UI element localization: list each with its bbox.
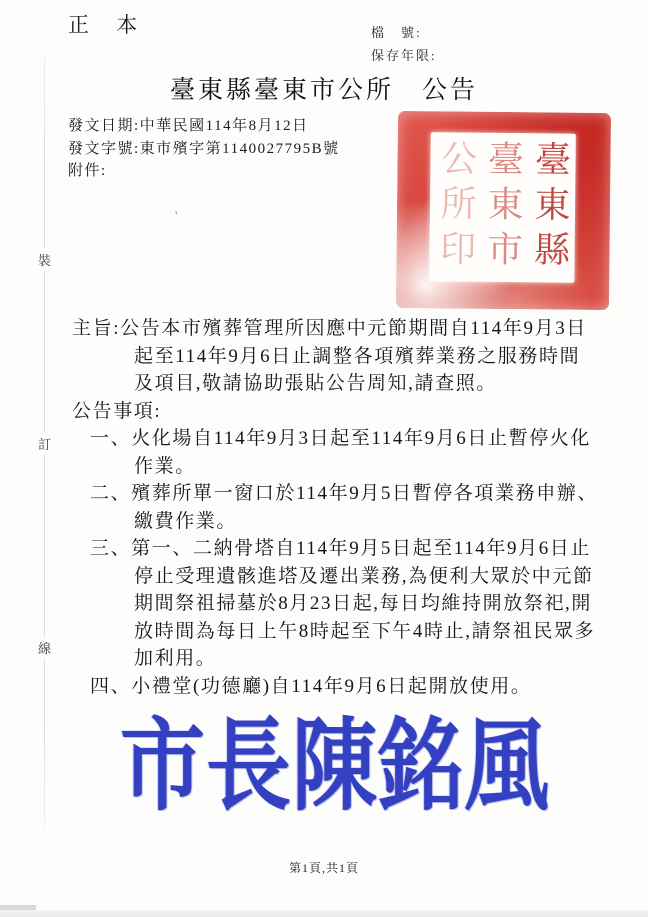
item-1-number: 一、 — [90, 428, 131, 449]
official-red-seal: 臺東縣 臺東市 公所印 — [396, 111, 611, 310]
issue-date-label: 發文日期: — [68, 118, 140, 134]
subject-label: 主旨: — [72, 318, 120, 339]
file-header-block: 檔 號: 保存年限: — [371, 21, 437, 67]
item-2-text: 殯葬所單一窗口於114年9月5日暫停各項業務申辦、繳費作業。 — [131, 483, 598, 532]
binding-mark-ding: 訂 — [37, 432, 52, 455]
item-3-text: 第一、二納骨塔自114年9月5日起至114年9月6日止停止受理遺骸進塔及遷出業務… — [131, 538, 595, 669]
page-number-footer: 第1頁,共1頁 — [0, 859, 648, 876]
seal-column-middle: 臺東市 — [478, 134, 527, 281]
subject-paragraph: 主旨:公告本市殯葬管理所因應中元節期間自114年9月3日起至114年9月6日止調… — [72, 315, 598, 398]
scan-speck-artifact: ' — [175, 208, 177, 224]
scan-edge-shadow — [0, 910, 648, 917]
announcement-body: 主旨:公告本市殯葬管理所因應中元節期間自114年9月3日起至114年9月6日止調… — [72, 315, 598, 700]
items-heading: 公告事項: — [72, 398, 598, 426]
subject-text: 公告本市殯葬管理所因應中元節期間自114年9月3日起至114年9月6日止調整各項… — [120, 318, 587, 394]
seal-script-text: 臺東縣 臺東市 公所印 — [431, 133, 574, 281]
scanned-announcement-page: 正 本 檔 號: 保存年限: 臺東縣臺東市公所 公告 發文日期:中華民國114年… — [0, 0, 648, 917]
doc-number-label: 發文字號: — [68, 141, 140, 157]
issue-date-row: 發文日期:中華民國114年8月12日 — [68, 115, 340, 138]
seal-column-right: 臺東縣 — [525, 134, 574, 281]
copy-type-label: 正 本 — [68, 9, 148, 39]
attachment-row: 附件: — [68, 160, 340, 183]
doc-number-value: 東市殯字第1140027795B號 — [140, 141, 340, 157]
binding-mark-zhuang: 裝 — [37, 248, 52, 271]
issue-date-value: 中華民國114年8月12日 — [140, 118, 309, 134]
retention-period-label: 保存年限: — [371, 44, 437, 67]
binding-mark-xian: 線 — [37, 636, 52, 659]
mayor-signature-stamp: 市長陳銘風 — [120, 686, 550, 830]
item-1: 一、火化場自114年9月3日起至114年9月6日止暫停火化作業。 — [90, 425, 598, 480]
seal-column-left: 公所印 — [431, 133, 480, 280]
doc-number-row: 發文字號:東市殯字第1140027795B號 — [68, 138, 340, 161]
document-title: 臺東縣臺東市公所 公告 — [0, 70, 648, 106]
item-3: 三、第一、二納骨塔自114年9月5日起至114年9月6日止停止受理遺骸進塔及遷出… — [90, 535, 598, 673]
announcement-items: 一、火化場自114年9月3日起至114年9月6日止暫停火化作業。 二、殯葬所單一… — [90, 425, 598, 700]
item-2-number: 二、 — [90, 483, 131, 504]
seal-inner-square: 臺東縣 臺東市 公所印 — [429, 132, 576, 283]
item-1-text: 火化場自114年9月3日起至114年9月6日止暫停火化作業。 — [131, 428, 591, 477]
document-meta: 發文日期:中華民國114年8月12日 發文字號:東市殯字第1140027795B… — [68, 115, 340, 183]
item-2: 二、殯葬所單一窗口於114年9月5日暫停各項業務申辦、繳費作業。 — [90, 480, 598, 535]
file-number-label: 檔 號: — [371, 21, 437, 44]
item-3-number: 三、 — [90, 538, 131, 559]
attachment-label: 附件: — [68, 163, 107, 179]
